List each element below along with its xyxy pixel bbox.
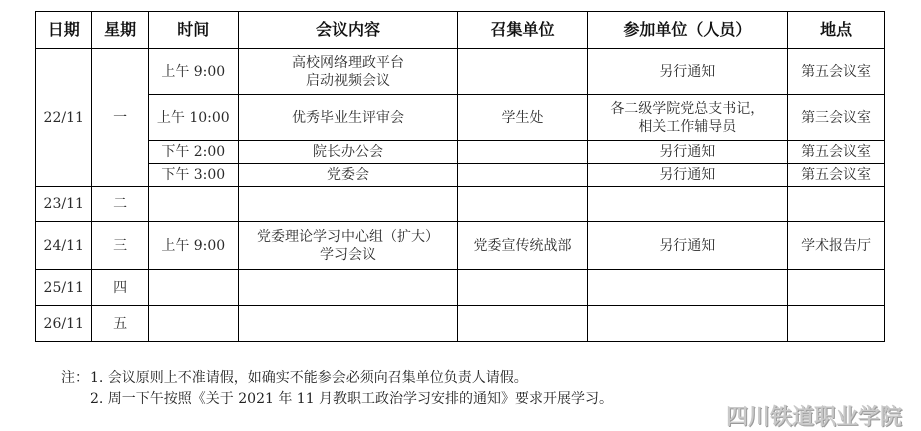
- table-row: 25/11 四: [36, 270, 885, 306]
- table-row: 22/11 一 上午 9:00 高校网络理政平台 启动视频会议 另行通知 第五会…: [36, 49, 885, 95]
- header-time: 时间: [148, 12, 238, 49]
- organizer-cell: 党委宣传统战部: [458, 222, 587, 270]
- date-cell: 22/11: [36, 49, 92, 187]
- note-item-1: 1. 会议原则上不准请假，如确实不能参会必须向召集单位负责人请假。: [90, 368, 528, 389]
- header-content: 会议内容: [238, 12, 458, 49]
- organizer-cell: [458, 164, 587, 187]
- weekday-cell: 二: [92, 187, 148, 222]
- weekday-cell: 三: [92, 222, 148, 270]
- weekday-cell: 五: [92, 306, 148, 342]
- attendees-text: 各二级学院党总支书记， 相关工作辅导员: [588, 100, 788, 136]
- location-cell: 学术报告厅: [788, 222, 885, 270]
- table-row: 23/11 二: [36, 187, 885, 222]
- content-cell: 高校网络理政平台 启动视频会议: [238, 49, 458, 95]
- table-row: 上午 10:00 优秀毕业生评审会 学生处 各二级学院党总支书记， 相关工作辅导…: [36, 95, 885, 141]
- time-cell: [148, 187, 238, 222]
- content-cell: [238, 187, 458, 222]
- header-date: 日期: [36, 12, 92, 49]
- notes-section: 注： 1. 会议原则上不准请假，如确实不能参会必须向召集单位负责人请假。 2. …: [61, 368, 613, 410]
- organizer-cell: [458, 270, 587, 306]
- table-row: 24/11 三 上午 9:00 党委理论学习中心组（扩大） 学习会议 党委宣传统…: [36, 222, 885, 270]
- time-cell: [148, 306, 238, 342]
- table-row: 下午 3:00 党委会 另行通知 第五会议室: [36, 164, 885, 187]
- time-cell: 上午 9:00: [148, 49, 238, 95]
- organizer-cell: [458, 306, 587, 342]
- content-cell: 院长办公会: [238, 141, 458, 164]
- note-item-2: 2. 周一下午按照《关于 2021 年 11 月教职工政治学习安排的通知》要求开…: [90, 389, 613, 410]
- content-text: 高校网络理政平台 启动视频会议: [239, 54, 458, 90]
- location-cell: [788, 306, 885, 342]
- note-line: 2. 周一下午按照《关于 2021 年 11 月教职工政治学习安排的通知》要求开…: [61, 389, 613, 410]
- note-indent: [61, 389, 90, 410]
- attendees-cell: 另行通知: [587, 222, 788, 270]
- content-text: 党委理论学习中心组（扩大） 学习会议: [239, 228, 458, 264]
- date-cell: 25/11: [36, 270, 92, 306]
- content-cell: 党委会: [238, 164, 458, 187]
- date-cell: 23/11: [36, 187, 92, 222]
- time-cell: 上午 9:00: [148, 222, 238, 270]
- attendees-cell: 各二级学院党总支书记， 相关工作辅导员: [587, 95, 788, 141]
- header-weekday: 星期: [92, 12, 148, 49]
- header-location: 地点: [788, 12, 885, 49]
- time-cell: 上午 10:00: [148, 95, 238, 141]
- watermark-logo-text: 四川铁道职业学院: [726, 400, 902, 431]
- note-prefix: 注：: [61, 368, 90, 389]
- attendees-cell: [587, 187, 788, 222]
- date-cell: 24/11: [36, 222, 92, 270]
- content-cell: 优秀毕业生评审会: [238, 95, 458, 141]
- attendees-cell: [587, 306, 788, 342]
- content-cell: 党委理论学习中心组（扩大） 学习会议: [238, 222, 458, 270]
- time-cell: 下午 3:00: [148, 164, 238, 187]
- location-cell: [788, 187, 885, 222]
- date-cell: 26/11: [36, 306, 92, 342]
- table-row: 26/11 五: [36, 306, 885, 342]
- time-cell: [148, 270, 238, 306]
- organizer-cell: [458, 187, 587, 222]
- attendees-cell: 另行通知: [587, 49, 788, 95]
- location-cell: 第五会议室: [788, 164, 885, 187]
- attendees-cell: 另行通知: [587, 141, 788, 164]
- meeting-schedule-table: 日期 星期 时间 会议内容 召集单位 参加单位（人员） 地点 22/11 一 上…: [35, 11, 885, 342]
- time-cell: 下午 2:00: [148, 141, 238, 164]
- weekday-cell: 一: [92, 49, 148, 187]
- content-cell: [238, 306, 458, 342]
- organizer-cell: [458, 49, 587, 95]
- attendees-cell: 另行通知: [587, 164, 788, 187]
- location-cell: 第五会议室: [788, 49, 885, 95]
- header-row: 日期 星期 时间 会议内容 召集单位 参加单位（人员） 地点: [36, 12, 885, 49]
- location-cell: [788, 270, 885, 306]
- note-line: 注： 1. 会议原则上不准请假，如确实不能参会必须向召集单位负责人请假。: [61, 368, 613, 389]
- weekday-cell: 四: [92, 270, 148, 306]
- header-attendees: 参加单位（人员）: [587, 12, 788, 49]
- content-cell: [238, 270, 458, 306]
- attendees-cell: [587, 270, 788, 306]
- organizer-cell: 学生处: [458, 95, 587, 141]
- location-cell: 第三会议室: [788, 95, 885, 141]
- organizer-cell: [458, 141, 587, 164]
- header-organizer: 召集单位: [458, 12, 587, 49]
- location-cell: 第五会议室: [788, 141, 885, 164]
- table-row: 下午 2:00 院长办公会 另行通知 第五会议室: [36, 141, 885, 164]
